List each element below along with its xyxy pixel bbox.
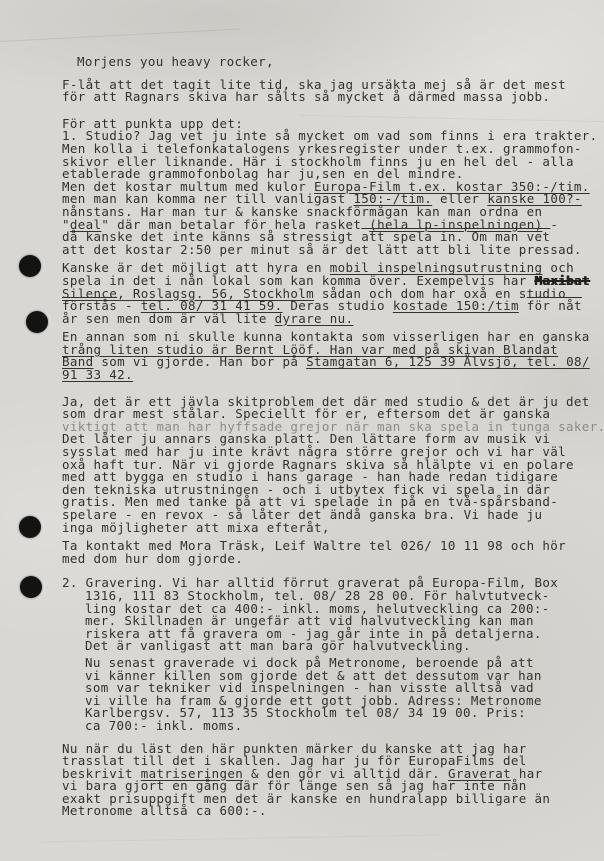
text-segment: år sen men dom är väl lite <box>62 311 275 326</box>
letter-line: för att Ragnars skiva har sålts så mycke… <box>62 91 596 104</box>
letter-line: Det är vanligast att man bara gör halvut… <box>85 640 596 653</box>
text-segment: för nåt <box>527 298 582 313</box>
punch-hole <box>19 255 41 277</box>
paper-crease <box>40 835 440 843</box>
letter-line: inga möjligheter att mixa efteråt, <box>62 522 596 535</box>
letter-line: Metronome alltså ca 600:-. <box>62 805 596 818</box>
greeting-line: Morjens you heavy rocker, <box>62 56 596 69</box>
text-segment: ca 700:- inkl. moms. <box>85 718 243 733</box>
paragraph: För att punkta upp det:1. Studio? Jag ve… <box>62 118 596 257</box>
paper: Morjens you heavy rocker, F-låt att det … <box>0 0 604 861</box>
paragraph: Ta kontakt med Mora Träsk, Leif Waltre t… <box>62 540 596 565</box>
letter-line: Band som vi gjorde. Han bor på Stamgatan… <box>62 356 596 369</box>
paragraph: Nu när du läst den här punkten märker du… <box>62 743 596 819</box>
letter-line: att det kostar 2:50 per minut så är det … <box>62 244 596 257</box>
paragraph: En annan som ni skulle kunna kontakta so… <box>62 331 596 381</box>
punch-hole <box>20 576 42 598</box>
underlined-text: Stamgatan 6, 125 39 Älvsjö, tel. 08/ <box>306 354 590 369</box>
underlined-text: 91 33 42. <box>62 367 133 382</box>
paragraph: F-låt att det tagit lite tid, ska jag ur… <box>62 79 596 104</box>
paragraph: Ja, det är ett jävla skitproblem det där… <box>62 396 596 535</box>
punch-hole <box>19 516 41 538</box>
paragraph: Kanske är det möjligt att hyra en mobil … <box>62 262 596 325</box>
underlined-text: dyrare nu. <box>275 311 354 326</box>
paper-crease <box>0 28 240 42</box>
text-segment: inga möjligheter att mixa efteråt, <box>62 520 330 535</box>
punch-hole <box>26 311 48 333</box>
letter-line: år sen men dom är väl lite dyrare nu. <box>62 313 596 326</box>
text-segment <box>519 298 527 313</box>
text-segment: för att Ragnars skiva har sålts så mycke… <box>62 89 550 104</box>
paragraph: 2. Gravering. Vi har alltid förrut grave… <box>62 577 596 653</box>
letter-body: F-låt att det tagit lite tid, ska jag ur… <box>62 79 596 818</box>
letter-line: ca 700:- inkl. moms. <box>85 720 596 733</box>
letter-line: 91 33 42. <box>62 369 596 382</box>
text-segment: Metronome alltså ca 600:-. <box>62 803 267 818</box>
text-segment: Det är vanligast att man bara gör halvut… <box>85 638 471 653</box>
underlined-text: kostade 150:/tim <box>393 298 519 313</box>
paragraph: Nu senast graverade vi dock på Metronome… <box>85 657 596 733</box>
text-segment: med dom hur dom gjorde. <box>62 551 243 566</box>
text-segment: att det kostar 2:50 per minut så är det … <box>62 242 582 257</box>
letter-line: med dom hur dom gjorde. <box>62 553 596 566</box>
